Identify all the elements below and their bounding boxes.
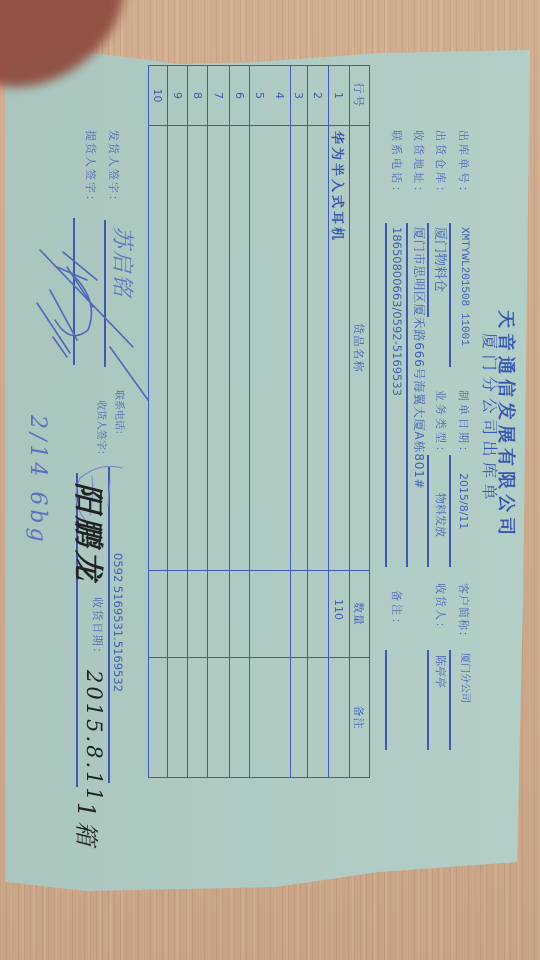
quantity-note-handwritten: 1箱 <box>74 802 98 849</box>
receive-date-handwritten: 2015.8.11 <box>83 670 104 804</box>
margin-note: 2/14 6bg <box>26 415 48 546</box>
receiver-signature: 阳鹏龙 <box>72 482 102 584</box>
delivery-form: 天音通信发展有限公司 厦门分公司出库单 出库单号： XMTYWL201508 1… <box>0 0 540 960</box>
